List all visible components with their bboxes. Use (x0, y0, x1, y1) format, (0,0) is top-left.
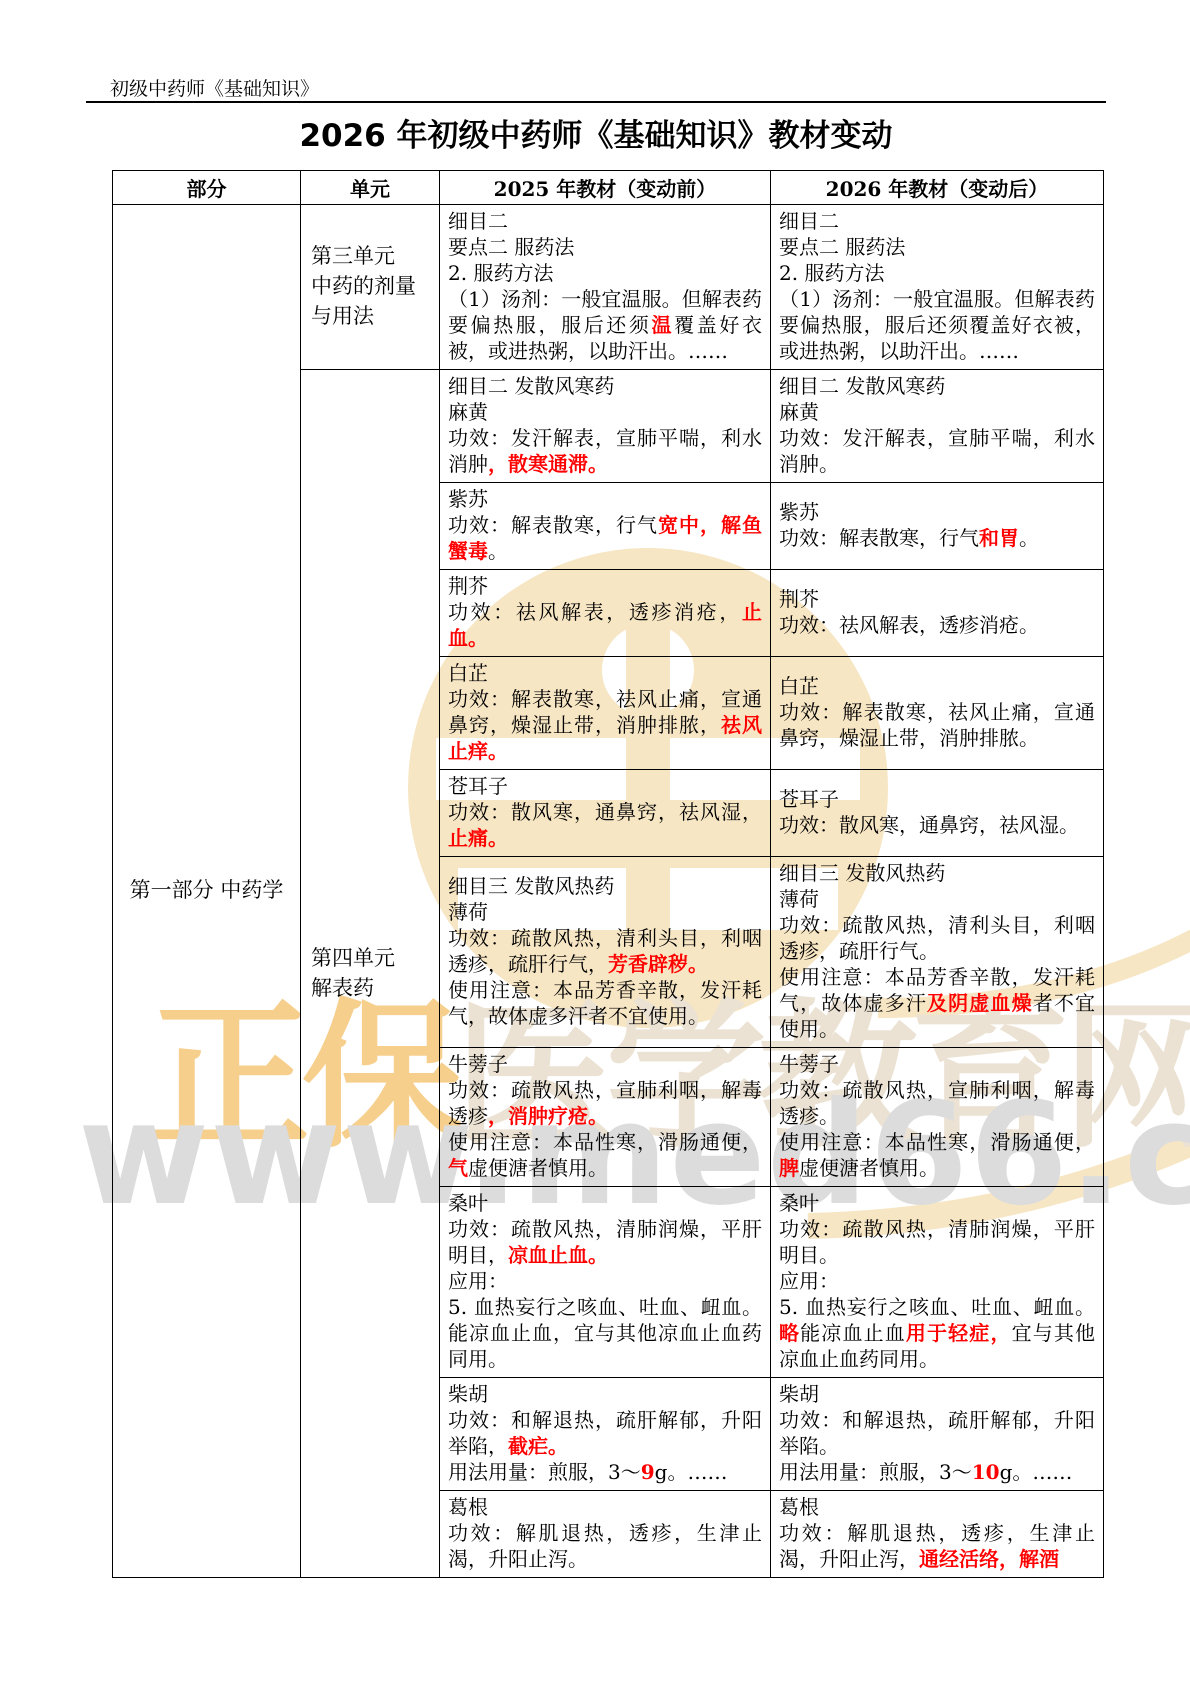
paragraph: 功效：和解退热，疏肝解郁，升阳举陷。 (779, 1407, 1095, 1459)
paragraph: 功效：发汗解表，宣肺平喘，利水消肿。 (779, 425, 1095, 477)
changed-text: ，消肿疗疮。 (488, 1104, 608, 1128)
cell-text: 功效：祛风解表，透疹消疮。 (779, 613, 1039, 637)
changed-text: 脾 (779, 1156, 799, 1180)
cell-text: 功效：散风寒，通鼻窍，祛风湿。 (779, 813, 1079, 837)
paragraph: 功效：祛风解表，透疹消疮。 (779, 612, 1095, 638)
paragraph: 功效：疏散风热，宣肺利咽，解毒透疹。 (779, 1077, 1095, 1129)
after-cell-牛蒡子: 牛蒡子功效：疏散风热，宣肺利咽，解毒透疹。使用注意：本品性寒，滑肠通便，脾虚便溏… (771, 1048, 1104, 1187)
paragraph: 细目三 发散风热药 (448, 873, 762, 899)
cell-text: 紫苏 (448, 487, 488, 511)
changed-text: ，散寒通滞。 (488, 452, 608, 476)
cell-text: 用法用量：煎服，3～ (779, 1460, 972, 1484)
paragraph: 葛根 (779, 1494, 1095, 1520)
paragraph: 功效：疏散风热，宣肺利咽，解毒透疹，消肿疗疮。 (448, 1077, 762, 1129)
paragraph: 5. 血热妄行之咳血、吐血、衄血。略能凉血止血用于轻症，宜与其他凉血止血药同用。 (779, 1294, 1095, 1372)
cell-text: 细目三 发散风热药 (448, 874, 614, 898)
paragraph: 应用： (448, 1268, 762, 1294)
paragraph: 功效：解表散寒，行气和胃。 (779, 525, 1095, 551)
cell-text: 应用： (448, 1269, 508, 1293)
paragraph: （1）汤剂：一般宜温服。但解表药要偏热服，服后还须覆盖好衣被，或进热粥，以助汗出… (779, 286, 1095, 364)
paragraph: 功效：解表散寒，祛风止痛，宣通鼻窍，燥湿止带，消肿排脓。 (779, 699, 1095, 751)
changed-text: 和胃 (979, 526, 1019, 550)
cell-text: 柴胡 (779, 1382, 819, 1406)
paragraph: 第四单元 (311, 943, 431, 973)
cell-text: 薄荷 (448, 900, 488, 924)
cell-text: g。…… (655, 1460, 728, 1484)
cell-text: 桑叶 (448, 1191, 488, 1215)
cell-text: 能凉血止血 (800, 1321, 906, 1345)
changed-text: 用于轻症， (906, 1321, 1012, 1345)
paragraph: 白芷 (779, 673, 1095, 699)
paragraph: 中药的剂量 (311, 271, 431, 301)
after-cell-柴胡: 柴胡功效：和解退热，疏肝解郁，升阳举陷。用法用量：煎服，3～10g。…… (771, 1378, 1104, 1491)
cell-text: g。…… (1000, 1460, 1073, 1484)
changed-text: 10 (972, 1460, 1000, 1484)
paragraph: 要点二 服药法 (779, 234, 1095, 260)
cell-text: 细目二 发散风寒药 (448, 374, 614, 398)
cell-text: 2. 服药方法 (448, 261, 553, 285)
cell-text: 白芷 (779, 674, 819, 698)
cell-text: 5. 血热妄行之咳血、吐血、衄血。能凉血止血，宜与其他凉血止血药同用。 (448, 1295, 762, 1371)
cell-text: 柴胡 (448, 1382, 488, 1406)
cell-text: 使用注意：本品性寒，滑肠通便， (448, 1130, 762, 1154)
paragraph: 使用注意：本品性寒，滑肠通便，脾虚便溏者慎用。 (779, 1129, 1095, 1181)
after-cell-白芷: 白芷功效：解表散寒，祛风止痛，宣通鼻窍，燥湿止带，消肿排脓。 (771, 657, 1104, 770)
cell-text: 与用法 (311, 304, 374, 328)
cell-text: 细目三 发散风热药 (779, 861, 945, 885)
cell-text: 葛根 (779, 1495, 819, 1519)
paragraph: 麻黄 (448, 399, 762, 425)
column-header-3: 2026 年教材（变动后） (771, 171, 1104, 205)
changed-text: 9 (641, 1460, 655, 1484)
paragraph: 苍耳子 (448, 773, 762, 799)
paragraph: 功效：疏散风热，清肺润燥，平肝明目，凉血止血。 (448, 1216, 762, 1268)
paragraph: 使用注意：本品芳香辛散，发汗耗气，故体虚多汗及阴虚血燥者不宜使用。 (779, 964, 1095, 1042)
paragraph: 第一部分 中药学 (121, 877, 292, 903)
cell-text: 功效：疏散风热，清肺润燥，平肝明目。 (779, 1217, 1095, 1267)
cell-text: 细目二 (448, 209, 508, 233)
changed-text: 气 (448, 1156, 468, 1180)
paragraph: 葛根 (448, 1494, 762, 1520)
cell-text: 使用注意：本品芳香辛散，发汗耗气，故体虚多汗者不宜使用。 (448, 978, 762, 1028)
paragraph: 功效：解肌退热，透疹，生津止渴，升阳止泻。 (448, 1520, 762, 1572)
cell-text: 功效：疏散风热，清利头目，利咽透疹，疏肝行气。 (779, 913, 1095, 963)
cell-text: 桑叶 (779, 1191, 819, 1215)
paragraph: 与用法 (311, 301, 431, 331)
after-cell-麻黄: 细目二 发散风寒药麻黄功效：发汗解表，宣肺平喘，利水消肿。 (771, 370, 1104, 483)
cell-text: 虚便溏者慎用。 (799, 1156, 939, 1180)
cell-text: （1）汤剂：一般宜温服。但解表药要偏热服，服后还须覆盖好衣被，或进热粥，以助汗出… (779, 287, 1095, 363)
document-page: 正保医学教育网 www.med66.com 初级中药师《基础知识》 2026 年… (0, 0, 1190, 1683)
cell-text: 使用注意：本品性寒，滑肠通便， (779, 1130, 1095, 1154)
cell-text: 功效：发汗解表，宣肺平喘，利水消肿。 (779, 426, 1095, 476)
before-cell-牛蒡子: 牛蒡子功效：疏散风热，宣肺利咽，解毒透疹，消肿疗疮。使用注意：本品性寒，滑肠通便… (440, 1048, 771, 1187)
cell-text: 苍耳子 (779, 787, 839, 811)
cell-text: 应用： (779, 1269, 839, 1293)
cell-text: 功效：疏散风热，清利头目，利咽透疹，疏肝行气， (448, 926, 762, 976)
paragraph: 2. 服药方法 (779, 260, 1095, 286)
cell-text: 功效：解肌退热，透疹，生津止渴，升阳止泻。 (448, 1521, 762, 1571)
cell-text: 第四单元 (311, 946, 395, 970)
paragraph: 用法用量：煎服，3～10g。…… (779, 1459, 1095, 1485)
changed-text: 略 (779, 1321, 800, 1345)
paragraph: 薄荷 (779, 886, 1095, 912)
cell-text: 葛根 (448, 1495, 488, 1519)
paragraph: 功效：解表散寒，行气宽中，解鱼蟹毒。 (448, 512, 762, 564)
before-cell-薄荷: 细目三 发散风热药薄荷功效：疏散风热，清利头目，利咽透疹，疏肝行气，芳香辟秽。使… (440, 857, 771, 1048)
paragraph: 用法用量：煎服，3～9g。…… (448, 1459, 762, 1485)
cell-text: 要点二 服药法 (779, 235, 905, 259)
paragraph: 第三单元 (311, 241, 431, 271)
paragraph: 5. 血热妄行之咳血、吐血、衄血。能凉血止血，宜与其他凉血止血药同用。 (448, 1294, 762, 1372)
cell-text: 功效：散风寒，通鼻窍，祛风湿， (448, 800, 762, 824)
paragraph: 功效：解肌退热，透疹，生津止渴，升阳止泻，通经活络，解酒 (779, 1520, 1095, 1572)
cell-text: 牛蒡子 (448, 1052, 508, 1076)
paragraph: 功效：散风寒，通鼻窍，祛风湿。 (779, 812, 1095, 838)
doc-header: 初级中药师《基础知识》 (110, 74, 319, 101)
cell-text: 白芷 (448, 661, 488, 685)
changed-text: 温 (652, 313, 675, 337)
cell-text: 第一部分 中药学 (130, 878, 284, 902)
part-cell: 第一部分 中药学 (113, 205, 301, 1578)
paragraph: 白芷 (448, 660, 762, 686)
before-cell-服药法: 细目二要点二 服药法2. 服药方法（1）汤剂：一般宜温服。但解表药要偏热服，服后… (440, 205, 771, 370)
unit-cell-0: 第三单元中药的剂量与用法 (301, 205, 440, 370)
paragraph: 桑叶 (448, 1190, 762, 1216)
unit-cell-1: 第四单元解表药 (301, 370, 440, 1578)
cell-text: 牛蒡子 (779, 1052, 839, 1076)
table-row-服药法: 第一部分 中药学第三单元中药的剂量与用法细目二要点二 服药法2. 服药方法（1）… (113, 205, 1104, 370)
paragraph: 牛蒡子 (448, 1051, 762, 1077)
paragraph: 桑叶 (779, 1190, 1095, 1216)
before-cell-葛根: 葛根功效：解肌退热，透疹，生津止渴，升阳止泻。 (440, 1491, 771, 1578)
page-title: 2026 年初级中药师《基础知识》教材变动 (86, 110, 1106, 155)
before-cell-紫苏: 紫苏功效：解表散寒，行气宽中，解鱼蟹毒。 (440, 483, 771, 570)
paragraph: 2. 服药方法 (448, 260, 762, 286)
paragraph: （1）汤剂：一般宜温服。但解表药要偏热服，服后还须温覆盖好衣被，或进热粥，以助汗… (448, 286, 762, 364)
before-cell-荆芥: 荆芥功效：祛风解表，透疹消疮，止血。 (440, 570, 771, 657)
paragraph: 功效：解表散寒，祛风止痛，宣通鼻窍，燥湿止带，消肿排脓，祛风止痒。 (448, 686, 762, 764)
before-cell-麻黄: 细目二 发散风寒药麻黄功效：发汗解表，宣肺平喘，利水消肿，散寒通滞。 (440, 370, 771, 483)
after-cell-服药法: 细目二要点二 服药法2. 服药方法（1）汤剂：一般宜温服。但解表药要偏热服，服后… (771, 205, 1104, 370)
paragraph: 使用注意：本品芳香辛散，发汗耗气，故体虚多汗者不宜使用。 (448, 977, 762, 1029)
cell-text: 5. 血热妄行之咳血、吐血、衄血。 (779, 1295, 1095, 1319)
before-cell-桑叶: 桑叶功效：疏散风热，清肺润燥，平肝明目，凉血止血。应用：5. 血热妄行之咳血、吐… (440, 1187, 771, 1378)
paragraph: 紫苏 (779, 499, 1095, 525)
paragraph: 功效：疏散风热，清肺润燥，平肝明目。 (779, 1216, 1095, 1268)
paragraph: 应用： (779, 1268, 1095, 1294)
cell-text: 功效：疏散风热，宣肺利咽，解毒透疹。 (779, 1078, 1095, 1128)
paragraph: 使用注意：本品性寒，滑肠通便，气虚便溏者慎用。 (448, 1129, 762, 1181)
cell-text: 细目二 发散风寒药 (779, 374, 945, 398)
cell-text: 功效：和解退热，疏肝解郁，升阳举陷， (448, 1408, 762, 1458)
changes-table: 部分单元2025 年教材（变动前）2026 年教材（变动后） 第一部分 中药学第… (112, 170, 1104, 1578)
cell-text: 中药的剂量 (311, 274, 416, 298)
paragraph: 细目二 发散风寒药 (448, 373, 762, 399)
column-header-0: 部分 (113, 171, 301, 205)
changed-text: 芳香辟秽。 (608, 952, 708, 976)
paragraph: 苍耳子 (779, 786, 1095, 812)
before-cell-苍耳子: 苍耳子功效：散风寒，通鼻窍，祛风湿，止痛。 (440, 770, 771, 857)
paragraph: 细目二 (448, 208, 762, 234)
cell-text: 用法用量：煎服，3～ (448, 1460, 641, 1484)
after-cell-薄荷: 细目三 发散风热药薄荷功效：疏散风热，清利头目，利咽透疹，疏肝行气。使用注意：本… (771, 857, 1104, 1048)
after-cell-紫苏: 紫苏功效：解表散寒，行气和胃。 (771, 483, 1104, 570)
paragraph: 细目三 发散风热药 (779, 860, 1095, 886)
changed-text: 止痛。 (448, 826, 508, 850)
cell-text: 要点二 服药法 (448, 235, 574, 259)
cell-text: 2. 服药方法 (779, 261, 884, 285)
cell-text: 薄荷 (779, 887, 819, 911)
paragraph: 功效：疏散风热，清利头目，利咽透疹，疏肝行气，芳香辟秽。 (448, 925, 762, 977)
table-header-row: 部分单元2025 年教材（变动前）2026 年教材（变动后） (113, 171, 1104, 205)
after-cell-荆芥: 荆芥功效：祛风解表，透疹消疮。 (771, 570, 1104, 657)
cell-text: 细目二 (779, 209, 839, 233)
after-cell-葛根: 葛根功效：解肌退热，透疹，生津止渴，升阳止泻，通经活络，解酒 (771, 1491, 1104, 1578)
cell-text: 荆芥 (448, 574, 488, 598)
paragraph: 牛蒡子 (779, 1051, 1095, 1077)
column-header-2: 2025 年教材（变动前） (440, 171, 771, 205)
paragraph: 功效：疏散风热，清利头目，利咽透疹，疏肝行气。 (779, 912, 1095, 964)
paragraph: 麻黄 (779, 399, 1095, 425)
paragraph: 薄荷 (448, 899, 762, 925)
paragraph: 功效：和解退热，疏肝解郁，升阳举陷，截疟。 (448, 1407, 762, 1459)
cell-text: 紫苏 (779, 500, 819, 524)
paragraph: 荆芥 (779, 586, 1095, 612)
cell-text: 功效：解表散寒，祛风止痛，宣通鼻窍，燥湿止带，消肿排脓。 (779, 700, 1095, 750)
cell-text: 功效：和解退热，疏肝解郁，升阳举陷。 (779, 1408, 1095, 1458)
before-cell-柴胡: 柴胡功效：和解退热，疏肝解郁，升阳举陷，截疟。用法用量：煎服，3～9g。…… (440, 1378, 771, 1491)
paragraph: 细目二 (779, 208, 1095, 234)
cell-text: 麻黄 (779, 400, 819, 424)
changed-text: 凉血止血。 (508, 1243, 608, 1267)
paragraph: 柴胡 (448, 1381, 762, 1407)
before-cell-白芷: 白芷功效：解表散寒，祛风止痛，宣通鼻窍，燥湿止带，消肿排脓，祛风止痒。 (440, 657, 771, 770)
paragraph: 紫苏 (448, 486, 762, 512)
cell-text: 功效：解表散寒，行气 (448, 513, 658, 537)
column-header-1: 单元 (301, 171, 440, 205)
header-rule (86, 101, 1106, 103)
cell-text: 功效：解表散寒，行气 (779, 526, 979, 550)
paragraph: 荆芥 (448, 573, 762, 599)
cell-text: 功效：祛风解表，透疹消疮， (448, 600, 742, 624)
cell-text: 麻黄 (448, 400, 488, 424)
paragraph: 要点二 服药法 (448, 234, 762, 260)
paragraph: 功效：发汗解表，宣肺平喘，利水消肿，散寒通滞。 (448, 425, 762, 477)
cell-text: 第三单元 (311, 244, 395, 268)
changed-text: 截疟。 (508, 1434, 568, 1458)
paragraph: 功效：祛风解表，透疹消疮，止血。 (448, 599, 762, 651)
cell-text: 解表药 (311, 976, 374, 1000)
cell-text: 。 (488, 539, 508, 563)
cell-text: 功效：解表散寒，祛风止痛，宣通鼻窍，燥湿止带，消肿排脓， (448, 687, 762, 737)
cell-text: 虚便溏者慎用。 (468, 1156, 608, 1180)
paragraph: 功效：散风寒，通鼻窍，祛风湿，止痛。 (448, 799, 762, 851)
cell-text: 苍耳子 (448, 774, 508, 798)
after-cell-桑叶: 桑叶功效：疏散风热，清肺润燥，平肝明目。应用：5. 血热妄行之咳血、吐血、衄血。… (771, 1187, 1104, 1378)
paragraph: 解表药 (311, 973, 431, 1003)
paragraph: 细目二 发散风寒药 (779, 373, 1095, 399)
after-cell-苍耳子: 苍耳子功效：散风寒，通鼻窍，祛风湿。 (771, 770, 1104, 857)
cell-text: 。 (1019, 526, 1039, 550)
cell-text: 荆芥 (779, 587, 819, 611)
changed-text: 及阴虚血燥 (927, 991, 1033, 1015)
changed-text: 通经活络，解酒 (919, 1547, 1059, 1571)
paragraph: 柴胡 (779, 1381, 1095, 1407)
